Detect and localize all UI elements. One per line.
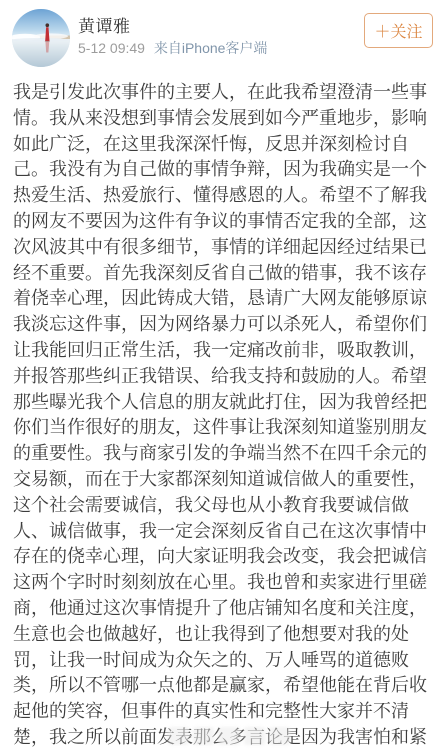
follow-button[interactable]: ＋关注 (364, 13, 433, 48)
user-avatar[interactable] (12, 9, 70, 67)
avatar-photo-red-dress-salt-lake (12, 9, 70, 67)
post-header: 黄谭雅 5-12 09:49 来自iPhone客户端 ＋关注 (12, 9, 440, 69)
timestamp: 5-12 09:49 (78, 40, 145, 56)
username[interactable]: 黄谭雅 (78, 12, 131, 37)
post-source-link[interactable]: 来自iPhone客户端 (154, 40, 268, 56)
post-body-text: 我是引发此次事件的主要人，在此我希望澄清一些事情。我从来没想到事情会发展到如今严… (13, 80, 427, 755)
post-meta: 5-12 09:49 来自iPhone客户端 (78, 38, 267, 58)
weibo-post-card: 黄谭雅 5-12 09:49 来自iPhone客户端 ＋关注 我是引发此次事件的… (0, 0, 440, 755)
